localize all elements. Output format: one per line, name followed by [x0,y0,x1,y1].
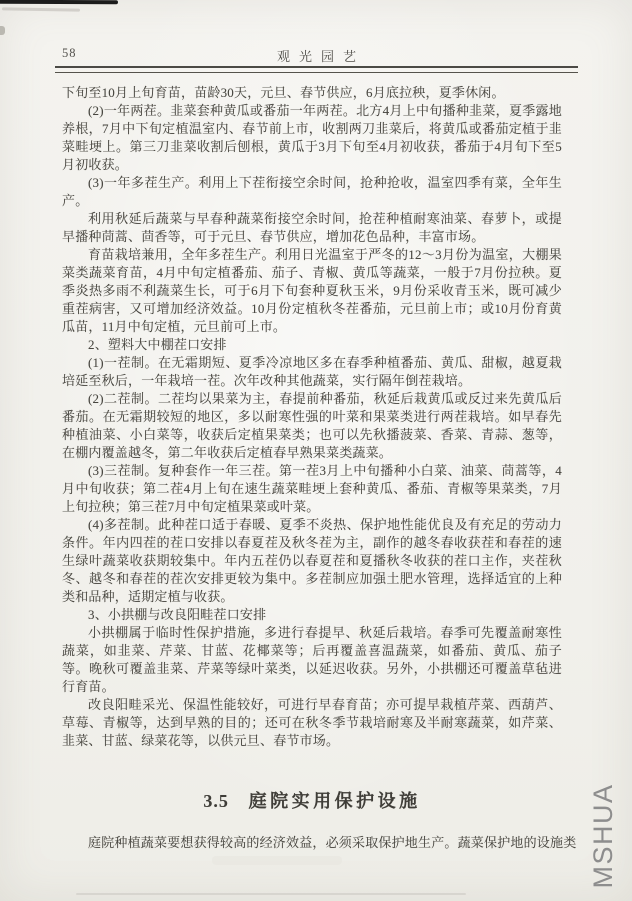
paragraph: 改良阳畦采光、保温性能较好，可进行早春育苗；亦可提早栽植芹菜、西葫芦、草莓、青椒… [62,696,562,750]
body-paragraphs: 下旬至10月上旬育苗，苗龄30天，元旦、春节供应，6月底拉秧，夏季休闲。(2)一… [62,84,562,750]
scan-artifact-bottom-line [76,893,466,895]
closing-paragraph: 庭院种植蔬菜要想获得较高的经济效益，必须采取保护地生产。蔬菜保护地的设施类 [62,834,589,852]
scan-artifact-top-edge [0,0,118,4]
paragraph: (3)三茬制。复种套作一年三茬。第一茬3月上中旬播种小白菜、油菜、茼蒿等，4月中… [62,462,562,516]
header-double-rule [55,66,578,73]
scan-artifact-ink-bleed [212,856,342,865]
paragraph: 下旬至10月上旬育苗，苗龄30天，元旦、春节供应，6月底拉秧，夏季休闲。 [62,84,562,102]
page-header: 58 观光园艺 [55,46,578,62]
watermark-text: MSHUA [588,774,618,898]
body-text: 下旬至10月上旬育苗，苗龄30天，元旦、春节供应，6月底拉秧，夏季休闲。(2)一… [62,84,562,852]
paragraph: 育苗栽培兼用，全年多茬生产。利用日光温室于严冬的12～3月份为温室，大棚果菜类蔬… [62,246,562,336]
scanned-page: 58 观光园艺 下旬至10月上旬育苗，苗龄30天，元旦、春节供应，6月底拉秧，夏… [0,0,632,901]
paragraph: 3、小拱棚与改良阳畦茬口安排 [62,606,562,624]
scan-artifact-left-edge [0,26,5,35]
paragraph: 小拱棚属于临时性保护措施，多进行春提早、秋延后栽培。春季可先覆盖耐寒性蔬菜，如韭… [62,624,562,696]
paragraph: (4)多茬制。此种茬口适于春暖、夏季不炎热、保护地性能优良及有充足的劳动力条件。… [62,516,562,606]
scan-artifact-top-smudge [2,7,80,11]
paragraph: 利用秋延后蔬菜与早春种蔬菜衔接空余时间，抢茬种植耐寒油菜、春萝卜，或提早播种茼蒿… [62,210,562,246]
paragraph: 2、塑料大中棚茬口安排 [62,336,562,354]
paragraph: (1)一茬制。在无霜期短、夏季冷凉地区多在春季种植番茄、黄瓜、甜椒，越夏栽培延至… [62,354,562,390]
book-title: 观光园艺 [55,46,578,65]
section-number: 3.5 [203,791,229,811]
paragraph: (2)一年两茬。韭菜套种黄瓜或番茄一年两茬。北方4月上中旬播种韭菜，夏季露地养根… [62,102,562,174]
section-heading: 3.5庭院实用保护设施 [62,788,562,814]
paragraph: (2)二茬制。二茬均以果菜为主，春提前种番茄，秋延后栽黄瓜或反过来先黄瓜后番茄。… [62,390,562,462]
paragraph: (3)一年多茬生产。利用上下茬衔接空余时间，抢种抢收，温室四季有菜，全年生产。 [62,174,562,210]
section-title: 庭院实用保护设施 [249,791,421,811]
